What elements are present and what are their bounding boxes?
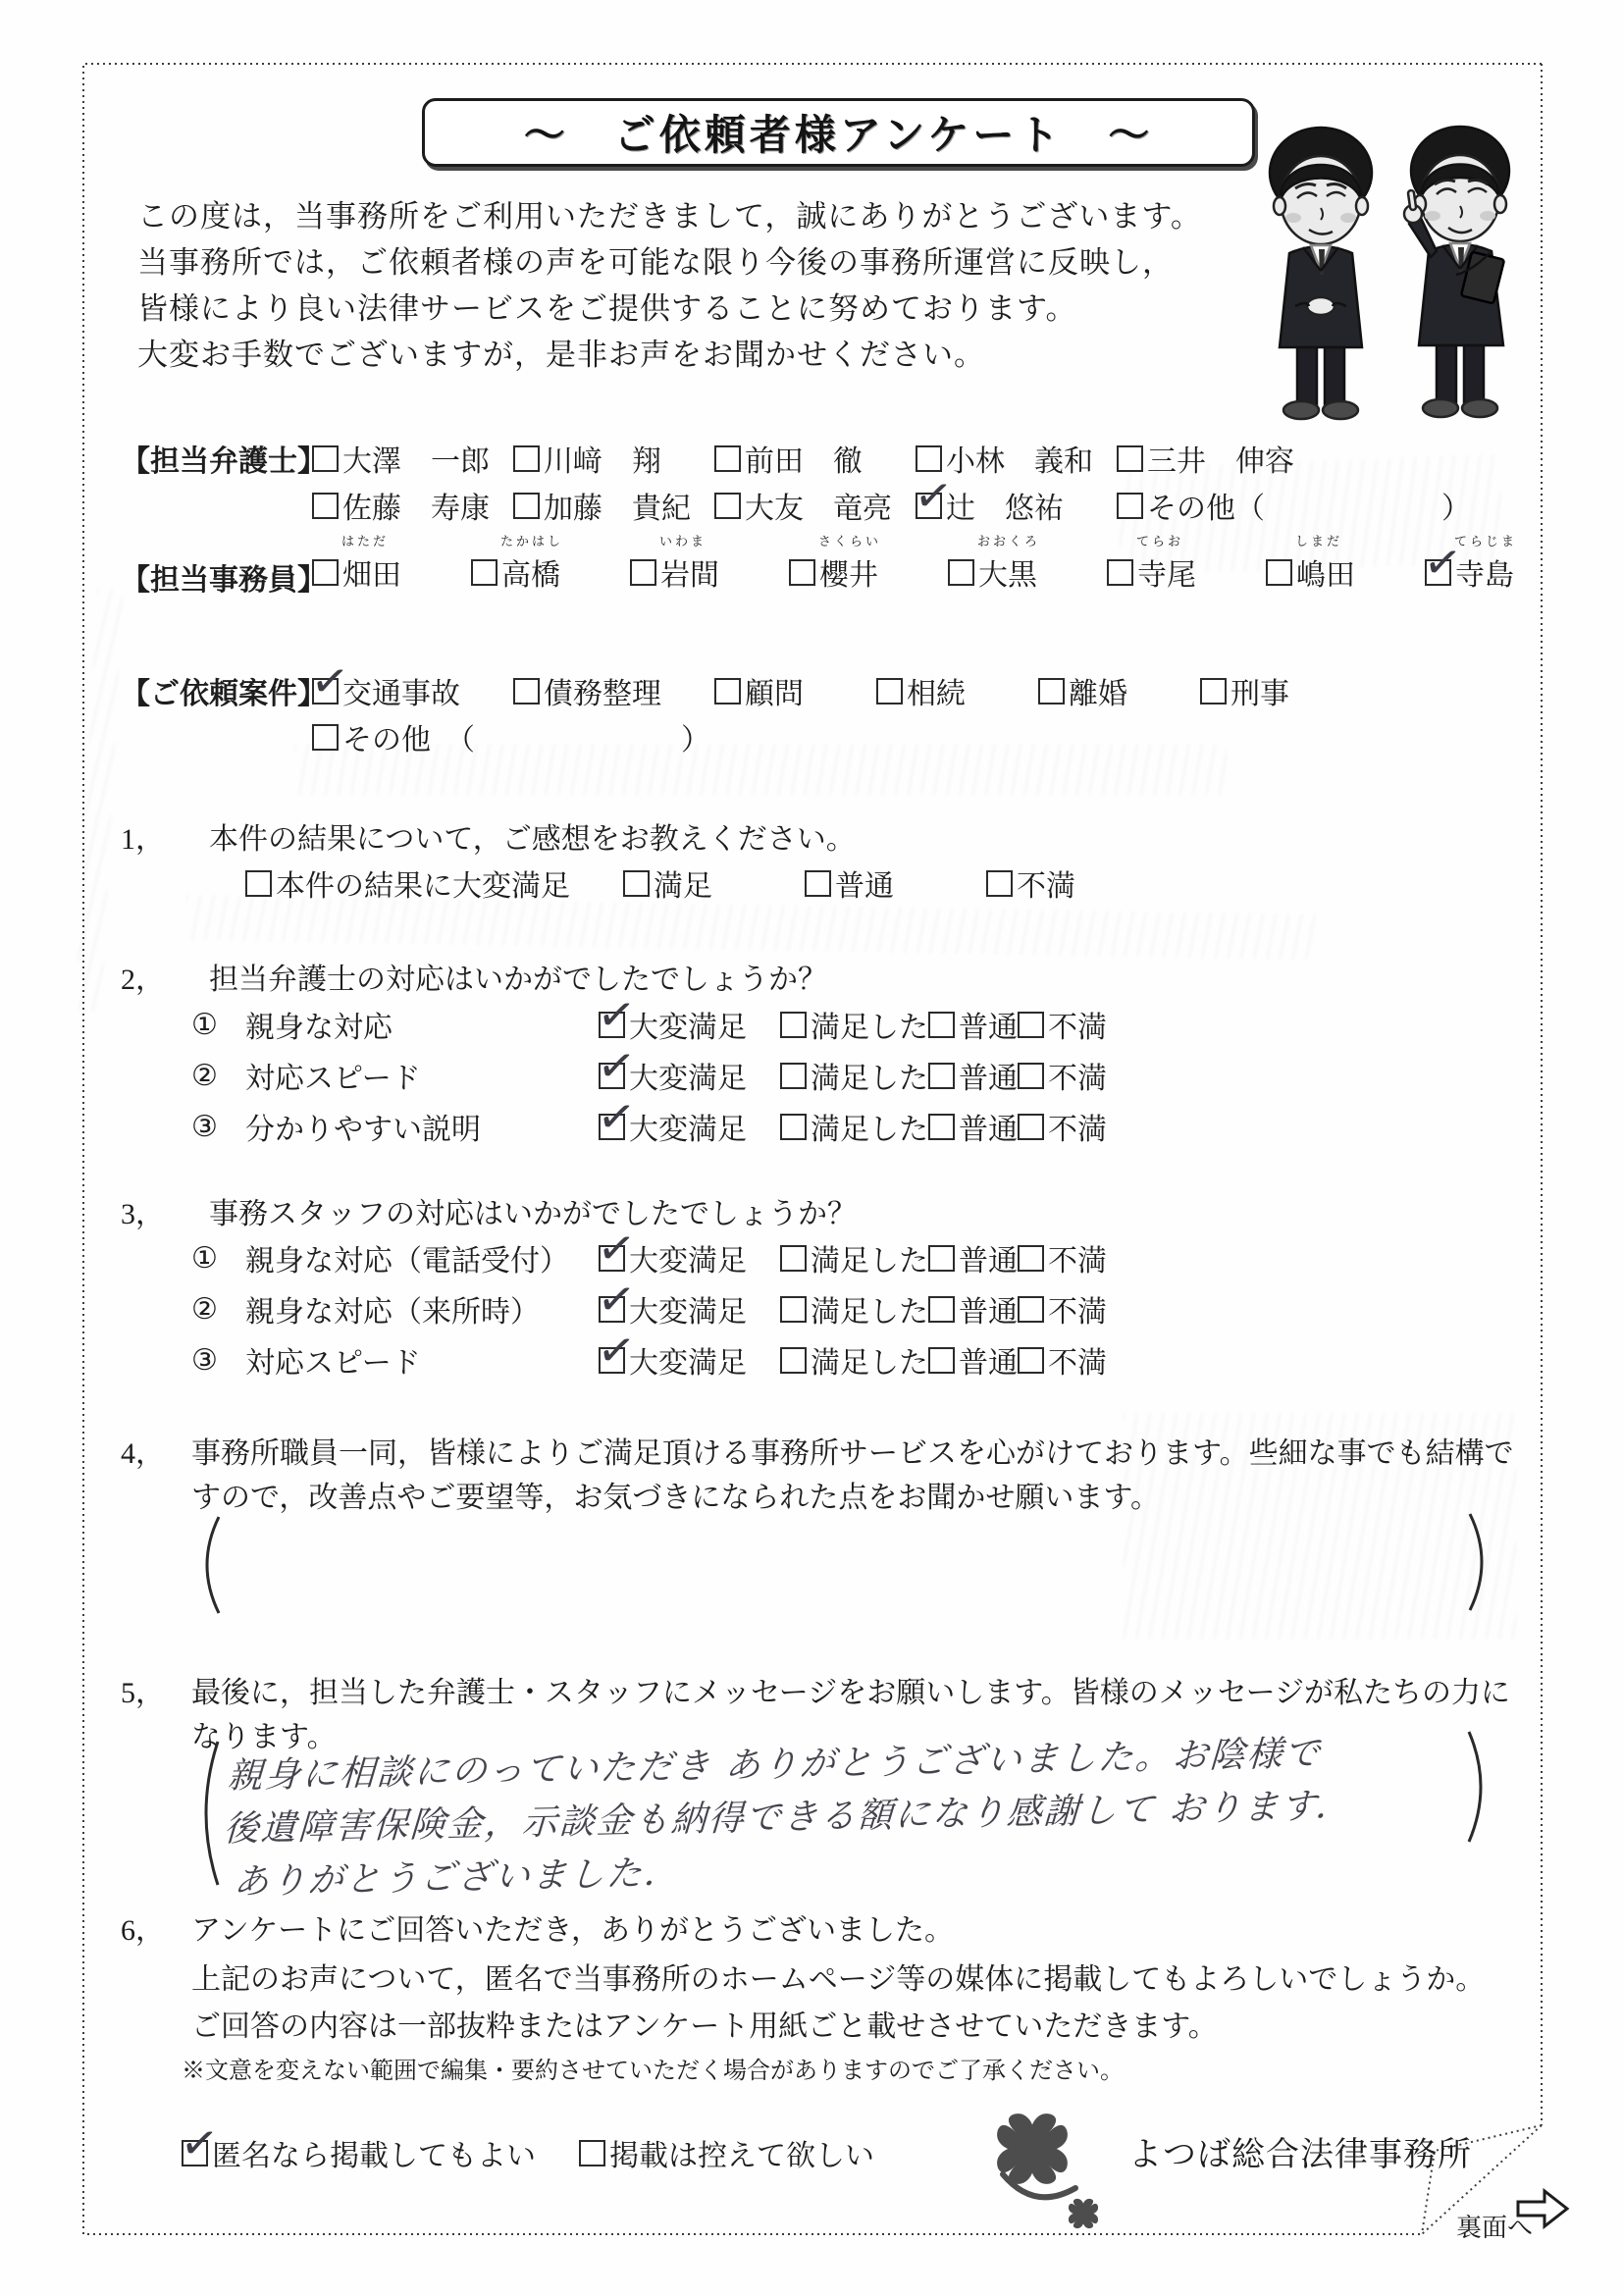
q1-number: 1，	[121, 814, 165, 858]
checkbox[interactable]	[1018, 1063, 1044, 1089]
checkbox[interactable]	[1018, 1296, 1044, 1323]
q5-answer-paren-right	[1465, 1729, 1494, 1845]
checkbox-option[interactable]: おおくろ大黒	[948, 531, 1107, 594]
checkbox-label: 普通	[959, 1105, 1018, 1148]
checkbox-option[interactable]: その他 （ ）	[312, 715, 710, 758]
checkbox[interactable]	[471, 559, 497, 586]
checkbox-checked[interactable]: ✓	[312, 678, 339, 704]
checkbox-option[interactable]: 普通	[805, 861, 986, 905]
checkbox-label: 不満	[1048, 1105, 1107, 1148]
checkbox-label: 岩間	[660, 550, 719, 594]
checkbox[interactable]	[623, 870, 650, 897]
checkbox-label: 普通	[959, 1236, 1018, 1279]
case-checkbox-row-1: ✓交通事故債務整理顧問相続離婚刑事	[312, 669, 1362, 712]
checkbox-label: 満足した	[811, 1054, 928, 1097]
checkbox-option[interactable]: 債務整理	[513, 669, 714, 712]
checkbox-label: 不満	[1048, 1236, 1107, 1279]
rating-row: ①親身な対応（電話受付）✓大変満足満足した普通不満	[191, 1238, 1107, 1278]
checkbox-label: 債務整理	[544, 669, 661, 712]
checkbox-option[interactable]: 普通	[928, 1338, 1018, 1382]
checkbox[interactable]	[928, 1012, 955, 1038]
q6-note: ※文意を変えない範囲で編集・要約させていただく場合がありますのでご了承ください。	[182, 2051, 1124, 2085]
checkbox[interactable]	[513, 445, 540, 472]
checkbox-option[interactable]: 不満	[1018, 1236, 1107, 1279]
checkbox-option[interactable]: ✓匿名なら掲載してもよい	[182, 2131, 579, 2174]
checkbox-label: 相続	[907, 669, 966, 712]
checkbox-checked[interactable]: ✓	[599, 1296, 625, 1323]
checkbox[interactable]	[312, 724, 339, 751]
case-checkbox-row-2: その他 （ ）	[312, 715, 710, 758]
checkbox-label: 大澤 一郎	[342, 437, 490, 480]
rating-row-number: ②	[191, 1059, 245, 1093]
q4-answer-paren-left	[193, 1514, 223, 1616]
checkbox[interactable]	[513, 493, 540, 519]
furigana-label: おおくろ	[977, 531, 1040, 550]
checkbox-label: 普通	[959, 1054, 1018, 1097]
checkbox[interactable]	[1266, 559, 1292, 586]
checkbox-label: 畑田	[342, 550, 401, 594]
rating-row-label: 親身な対応	[245, 1003, 599, 1046]
checkbox[interactable]	[986, 870, 1013, 897]
q3-rating-rows: ①親身な対応（電話受付）✓大変満足満足した普通不満②親身な対応（来所時）✓大変満…	[191, 1238, 1107, 1391]
checkbox-option[interactable]: 川﨑 翔	[513, 437, 714, 480]
q4-text-line: 事務所職員一同，皆様によりご満足頂ける事務所サービスを心がけております。些細な事…	[191, 1429, 1514, 1472]
checkbox[interactable]	[1038, 678, 1065, 704]
checkbox-label: 不満	[1048, 1054, 1107, 1097]
checkbox-option[interactable]: 普通	[928, 1003, 1018, 1046]
checkbox[interactable]	[928, 1063, 955, 1089]
q6-text-line: ご回答の内容は一部抜粋またはアンケート用紙ごと載せさせていただきます。	[191, 2002, 1218, 2045]
checkbox-label: 掲載は控えて欲しい	[609, 2131, 874, 2174]
title-banner: ～ ご依頼者様アンケート ～	[422, 98, 1255, 167]
checkbox-option[interactable]: 三井 伸容	[1117, 437, 1294, 480]
checkbox[interactable]	[579, 2140, 605, 2166]
rating-row-number: ①	[191, 1241, 245, 1276]
checkbox-option[interactable]: てらお寺尾	[1107, 531, 1266, 594]
checkbox[interactable]	[245, 870, 272, 897]
checkbox-option[interactable]: 満足した	[780, 1338, 928, 1382]
checkbox-checked[interactable]: ✓	[599, 1114, 625, 1140]
checkbox[interactable]	[513, 678, 540, 704]
check-mark: ✓	[912, 470, 956, 520]
checkbox-label: 大変満足	[629, 1054, 747, 1097]
rating-row: ②対応スピード✓大変満足満足した普通不満	[191, 1056, 1107, 1095]
furigana-label: いわま	[659, 531, 707, 550]
q2-rating-rows: ①親身な対応✓大変満足満足した普通不満②対応スピード✓大変満足満足した普通不満③…	[191, 1005, 1107, 1158]
checkbox-option[interactable]: 刑事	[1200, 669, 1362, 712]
checkbox-option[interactable]: 不満	[1018, 1003, 1107, 1046]
checkbox-option[interactable]: 満足	[623, 861, 805, 905]
intro-line: 当事務所では，ご依頼者様の声を可能な限り今後の事務所運営に反映し，	[137, 237, 1174, 282]
rating-row: ①親身な対応✓大変満足満足した普通不満	[191, 1005, 1107, 1044]
page-title: ～ ご依頼者様アンケート ～	[524, 103, 1153, 162]
staff-section-label: 【担当事務員】	[121, 555, 327, 599]
checkbox-option[interactable]: 普通	[928, 1054, 1018, 1097]
lawyers-illustration	[1238, 110, 1539, 444]
checkbox[interactable]	[1018, 1012, 1044, 1038]
checkbox-label: 満足した	[811, 1338, 928, 1382]
firm-name: よつば総合法律事務所	[1128, 2127, 1472, 2175]
checkbox-option[interactable]: 不満	[986, 861, 1075, 905]
checkbox[interactable]	[630, 559, 656, 586]
checkbox-checked[interactable]: ✓	[182, 2140, 208, 2166]
checkbox-option[interactable]: 佐藤 寿康	[312, 484, 513, 527]
checkbox[interactable]	[1117, 445, 1143, 472]
checkbox-option[interactable]: 満足した	[780, 1236, 928, 1279]
q4-answer-paren-right	[1466, 1511, 1495, 1613]
rating-row-label: 対応スピード	[245, 1338, 599, 1382]
checkbox-label: 大黒	[978, 550, 1037, 594]
checkbox-label: 小林 義和	[946, 437, 1093, 480]
checkbox-option[interactable]: 顧問	[714, 669, 876, 712]
checkbox-label: 前田 徹	[745, 437, 863, 480]
checkbox-option[interactable]: いわま岩間	[630, 531, 789, 594]
checkbox-option[interactable]: 離婚	[1038, 669, 1200, 712]
checkbox-option[interactable]: 普通	[928, 1236, 1018, 1279]
q4-number: 4，	[121, 1429, 165, 1472]
checkbox-label: 本件の結果に大変満足	[276, 861, 570, 905]
lawyer-section-label: 【担当弁護士】	[121, 437, 327, 480]
checkbox-label: 寺島	[1455, 550, 1514, 594]
checkbox-option[interactable]: てらじま✓寺島	[1425, 531, 1584, 594]
checkbox[interactable]	[780, 1063, 807, 1089]
checkbox[interactable]	[312, 493, 339, 519]
right-arrow-outline-icon[interactable]	[1515, 2186, 1570, 2231]
checkbox-label: 刑事	[1230, 669, 1289, 712]
furigana-label: しまだ	[1295, 531, 1342, 550]
checkbox-option[interactable]: 満足した	[780, 1054, 928, 1097]
survey-page: ～ ご依頼者様アンケート ～ この度は，当事務所をご利用いただきまして，誠にあり…	[0, 0, 1623, 2296]
checkbox-label: 大友 竜亮	[745, 484, 892, 527]
checkbox-label: 大変満足	[629, 1003, 747, 1046]
rating-row-label: 対応スピード	[245, 1054, 599, 1097]
furigana-label: さくらい	[818, 531, 881, 550]
checkbox[interactable]	[714, 445, 741, 472]
q1-options: 本件の結果に大変満足満足普通不満	[245, 861, 1075, 905]
case-section-label: 【ご依頼案件】	[121, 669, 327, 712]
checkbox-label: 大変満足	[629, 1236, 747, 1279]
rating-row-number: ①	[191, 1008, 245, 1042]
publication-consent-options: ✓匿名なら掲載してもよい掲載は控えて欲しい	[182, 2131, 874, 2174]
q5-number: 5，	[121, 1668, 165, 1711]
intro-line: この度は，当事務所をご利用いただきまして，誠にありがとうございます。	[137, 191, 1202, 235]
checkbox-checked[interactable]: ✓	[599, 1063, 625, 1089]
checkbox[interactable]	[928, 1347, 955, 1374]
check-mark: ✓	[595, 1223, 639, 1273]
checkbox-label: 嶋田	[1296, 550, 1355, 594]
checkbox-label: 櫻井	[819, 550, 878, 594]
checkbox-label: 満足した	[811, 1236, 928, 1279]
q2-number: 2，	[121, 955, 165, 998]
checkbox-label: 満足した	[811, 1105, 928, 1148]
checkbox[interactable]	[780, 1114, 807, 1140]
checkbox-label: 寺尾	[1137, 550, 1196, 594]
checkbox[interactable]	[780, 1012, 807, 1038]
checkbox-option[interactable]: 普通	[928, 1105, 1018, 1148]
checkbox[interactable]	[789, 559, 815, 586]
checkbox-option[interactable]: 掲載は控えて欲しい	[579, 2131, 874, 2174]
checkbox-option[interactable]: はただ畑田	[312, 531, 471, 594]
checkbox-option[interactable]: 不満	[1018, 1105, 1107, 1148]
checkbox[interactable]	[312, 445, 339, 472]
checkbox-option[interactable]: 満足した	[780, 1003, 928, 1046]
rating-row: ②親身な対応（来所時）✓大変満足満足した普通不満	[191, 1289, 1107, 1329]
checkbox-option[interactable]: 加藤 貴紀	[513, 484, 714, 527]
checkbox[interactable]	[928, 1296, 955, 1323]
checkbox-checked[interactable]: ✓	[599, 1347, 625, 1374]
check-mark: ✓	[1421, 537, 1465, 587]
checkbox[interactable]	[714, 493, 741, 519]
check-mark: ✓	[595, 989, 639, 1039]
checkbox[interactable]	[805, 870, 831, 897]
checkbox-option[interactable]: たかはし高橋	[471, 531, 630, 594]
check-mark: ✓	[595, 1091, 639, 1141]
checkbox-label: 川﨑 翔	[544, 437, 661, 480]
q6-number: 6，	[121, 1905, 165, 1949]
checkbox-option[interactable]: 不満	[1018, 1287, 1107, 1331]
checkbox-checked[interactable]: ✓	[599, 1012, 625, 1038]
checkbox-label: 満足した	[811, 1003, 928, 1046]
checkbox-option[interactable]: 相続	[876, 669, 1038, 712]
intro-line: 大変お手数でございますが，是非お声をお聞かせください。	[137, 330, 985, 374]
checkbox-label: その他（ ）	[1147, 484, 1471, 527]
checkbox-label: 高橋	[501, 550, 560, 594]
lawyer-checkbox-row-2: 佐藤 寿康加藤 貴紀大友 竜亮✓辻 悠祐その他（ ）	[312, 484, 1471, 527]
checkbox-label: 不満	[1048, 1338, 1107, 1382]
rating-row-label: 親身な対応（来所時）	[245, 1287, 599, 1331]
furigana-label: てらお	[1136, 531, 1183, 550]
lawyer-checkbox-row-1: 大澤 一郎川﨑 翔前田 徹小林 義和三井 伸容	[312, 437, 1294, 480]
checkbox-label: 離婚	[1069, 669, 1127, 712]
checkbox-option[interactable]: しまだ嶋田	[1266, 531, 1425, 594]
furigana-label: はただ	[341, 531, 389, 550]
check-mark: ✓	[595, 1040, 639, 1090]
checkbox-option[interactable]: 満足した	[780, 1287, 928, 1331]
checkbox-option[interactable]: 満足した	[780, 1105, 928, 1148]
checkbox[interactable]	[780, 1296, 807, 1323]
checkbox-label: 不満	[1048, 1003, 1107, 1046]
checkbox[interactable]	[714, 678, 741, 704]
checkbox-option[interactable]: ✓交通事故	[312, 669, 513, 712]
checkbox-option[interactable]: その他（ ）	[1117, 484, 1471, 527]
checkbox-option[interactable]: ✓辻 悠祐	[916, 484, 1117, 527]
check-mark: ✓	[595, 1274, 639, 1324]
rating-row-number: ③	[191, 1110, 245, 1144]
checkbox-option[interactable]: ✓大変満足	[599, 1338, 780, 1382]
checkbox-label: 加藤 貴紀	[544, 484, 691, 527]
check-mark: ✓	[595, 1325, 639, 1375]
checkbox[interactable]	[312, 559, 339, 586]
checkbox-checked[interactable]: ✓	[599, 1245, 625, 1272]
checkbox-option[interactable]: 不満	[1018, 1054, 1107, 1097]
checkbox[interactable]	[1018, 1347, 1044, 1374]
checkbox-label: 匿名なら掲載してもよい	[212, 2131, 536, 2174]
checkbox-label: 普通	[959, 1287, 1018, 1331]
checkbox-option[interactable]: 普通	[928, 1287, 1018, 1331]
checkbox[interactable]	[1117, 493, 1143, 519]
checkbox-label: 顧問	[745, 669, 804, 712]
four-leaf-clover-icon	[973, 2088, 1130, 2260]
rating-row-label: 親身な対応（電話受付）	[245, 1236, 599, 1279]
checkbox-label: 満足	[654, 861, 712, 905]
checkbox-label: 普通	[835, 861, 894, 905]
q6-text-line: アンケートにご回答いただき，ありがとうございました。	[191, 1905, 954, 1949]
checkbox-label: 辻 悠祐	[946, 484, 1064, 527]
checkbox-label: 佐藤 寿康	[342, 484, 490, 527]
checkbox-label: その他 （ ）	[342, 715, 710, 758]
checkbox[interactable]	[948, 559, 974, 586]
checkbox-option[interactable]: 大澤 一郎	[312, 437, 513, 480]
checkbox-label: 交通事故	[342, 669, 460, 712]
checkbox[interactable]	[1018, 1245, 1044, 1272]
checkbox-label: 普通	[959, 1003, 1018, 1046]
checkbox-option[interactable]: 不満	[1018, 1338, 1107, 1382]
checkbox[interactable]	[1018, 1114, 1044, 1140]
q1-text: 本件の結果について，ご感想をお教えください。	[209, 814, 856, 858]
check-mark: ✓	[308, 655, 352, 705]
q2-text: 担当弁護士の対応はいかがでしたでしょうか？	[209, 955, 827, 998]
checkbox-option[interactable]: 前田 徹	[714, 437, 916, 480]
rating-row-label: 分かりやすい説明	[245, 1105, 599, 1148]
checkbox-label: 満足した	[811, 1287, 928, 1331]
checkbox-label: 不満	[1017, 861, 1075, 905]
rating-row-number: ③	[191, 1343, 245, 1378]
checkbox-label: 大変満足	[629, 1105, 747, 1148]
checkbox[interactable]	[928, 1245, 955, 1272]
rating-row: ③対応スピード✓大変満足満足した普通不満	[191, 1340, 1107, 1380]
checkbox-label: 普通	[959, 1338, 1018, 1382]
checkbox-label: 三井 伸容	[1147, 437, 1294, 480]
checkbox[interactable]	[780, 1347, 807, 1374]
checkbox-option[interactable]: 本件の結果に大変満足	[245, 861, 623, 905]
check-mark: ✓	[178, 2117, 222, 2167]
q6-text-line: 上記のお声について，匿名で当事務所のホームページ等の媒体に掲載してもよろしいでし…	[191, 1955, 1485, 1998]
checkbox[interactable]	[1200, 678, 1227, 704]
checkbox-option[interactable]: ✓大変満足	[599, 1105, 780, 1148]
checkbox-label: 大変満足	[629, 1287, 747, 1331]
checkbox-option[interactable]: 大友 竜亮	[714, 484, 916, 527]
checkbox-option[interactable]: さくらい櫻井	[789, 531, 948, 594]
checkbox-checked[interactable]: ✓	[1425, 559, 1451, 586]
q3-text: 事務スタッフの対応はいかがでしたでしょうか？	[209, 1189, 857, 1232]
q4-text-line: すので，改善点やご要望等，お気づきになられた点をお聞かせ願います。	[191, 1473, 1160, 1516]
checkbox-checked[interactable]: ✓	[916, 493, 942, 519]
checkbox[interactable]	[780, 1245, 807, 1272]
q3-number: 3，	[121, 1189, 165, 1232]
checkbox[interactable]	[928, 1114, 955, 1140]
checkbox[interactable]	[876, 678, 903, 704]
q4-answer-area[interactable]	[226, 1516, 1462, 1610]
q5-answer-paren-left	[192, 1739, 222, 1888]
staff-checkbox-row: はただ畑田たかはし高橋いわま岩間さくらい櫻井おおくろ大黒てらお寺尾しまだ嶋田てら…	[312, 531, 1584, 594]
handwritten-message-line: ありがとうございました．	[233, 1845, 682, 1905]
checkbox-label: 不満	[1048, 1287, 1107, 1331]
intro-line: 皆様により良い法律サービスをご提供することに努めております。	[137, 284, 1077, 328]
checkbox[interactable]	[1107, 559, 1133, 586]
q5-text-line: 最後に，担当した弁護士・スタッフにメッセージをお願いします。皆様のメッセージが私…	[191, 1668, 1510, 1711]
furigana-label: たかはし	[500, 531, 563, 550]
checkbox-label: 大変満足	[629, 1338, 747, 1382]
rating-row-number: ②	[191, 1292, 245, 1327]
rating-row: ③分かりやすい説明✓大変満足満足した普通不満	[191, 1107, 1107, 1146]
